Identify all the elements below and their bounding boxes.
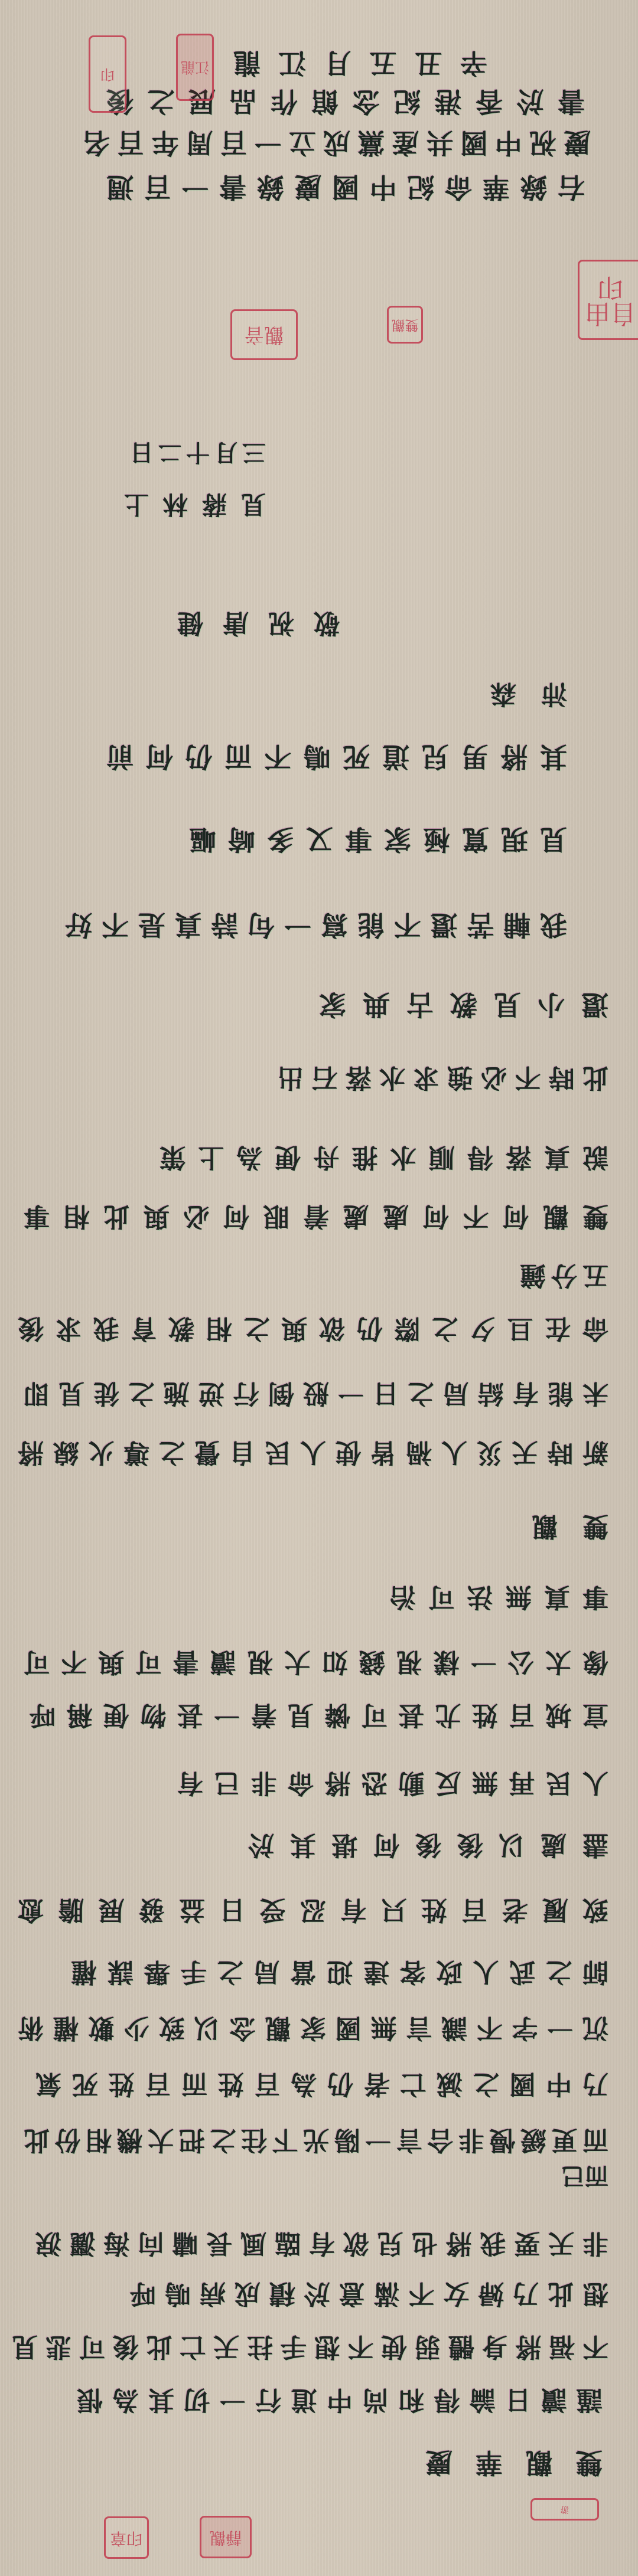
calligraphy-character: 之 <box>159 1436 185 1474</box>
calligraphy-character: 緩 <box>520 2124 546 2162</box>
calligraphy-character: 後 <box>457 1829 483 1866</box>
calligraphy-character: 見 <box>12 2330 38 2368</box>
calligraphy-character: 無 <box>506 1581 532 1619</box>
calligraphy-character: 二 <box>158 438 182 472</box>
calligraphy-character: 相 <box>86 2124 112 2162</box>
calligraphy-character: 道 <box>382 739 409 778</box>
calligraphy-character: 真 <box>544 1141 570 1179</box>
calligraphy-character: 國 <box>461 125 488 164</box>
calligraphy-character: 家 <box>319 987 346 1026</box>
calligraphy-character: 悲 <box>45 2330 71 2368</box>
calligraphy-character: 份 <box>55 2124 81 2162</box>
calligraphy-character: 蔣 <box>202 489 227 524</box>
calligraphy-character: 數 <box>89 2012 115 2049</box>
calligraphy-character: 忍 <box>300 1894 326 1931</box>
calligraphy-character: 立 <box>289 125 316 164</box>
calligraphy-row: 想此乃婦女不滿意於積成病嗚呼 <box>130 2278 608 2314</box>
calligraphy-character: 皆 <box>371 1436 397 1474</box>
calligraphy-character: 之 <box>244 1312 270 1350</box>
calligraphy-character: 乃 <box>513 2277 539 2315</box>
calligraphy-character: 其 <box>290 1829 316 1866</box>
calligraphy-character: 此 <box>103 1200 129 1238</box>
calligraphy-row: 而已 <box>567 2160 608 2196</box>
calligraphy-character: 將 <box>500 739 528 778</box>
calligraphy-character: 與 <box>281 1312 307 1350</box>
calligraphy-character: 無 <box>472 1767 498 1804</box>
calligraphy-character: 尤 <box>435 1699 461 1737</box>
calligraphy-character: 視 <box>247 1646 273 1683</box>
calligraphy-character: 物 <box>140 1699 166 1737</box>
calligraphy-character: 不 <box>394 907 421 946</box>
calligraphy-character: 處 <box>383 1200 409 1238</box>
calligraphy-row: 見蔣林上 <box>124 490 266 522</box>
calligraphy-character: 前 <box>106 739 134 778</box>
calligraphy-character: 女 <box>443 2277 469 2315</box>
calligraphy-character: 中 <box>370 169 397 208</box>
calligraphy-character: 雙 <box>582 1200 608 1238</box>
calligraphy-character: 手 <box>281 2330 307 2368</box>
calligraphy-character: 處 <box>343 1200 369 1238</box>
calligraphy-character: 達 <box>363 1956 389 1993</box>
calligraphy-character: 香 <box>476 84 503 123</box>
calligraphy-character: 一 <box>255 125 282 164</box>
calligraphy-character: 將 <box>446 2227 472 2265</box>
calligraphy-character: 我 <box>480 2227 506 2265</box>
calligraphy-character: 悵 <box>77 2384 103 2421</box>
calligraphy-row: 人民再無反動恐將命非已有 <box>177 1768 608 1803</box>
calligraphy-character: 日 <box>373 1377 399 1415</box>
calligraphy-row: 敬祝唐健 <box>177 608 340 643</box>
calligraphy-character: 有 <box>340 1894 366 1931</box>
calligraphy-character: 而 <box>585 2162 608 2195</box>
calligraphy-character: 十 <box>186 438 210 472</box>
calligraphy-character: 合 <box>427 2124 453 2162</box>
calligraphy-character: 天 <box>548 2227 574 2265</box>
calligraphy-character: 謀 <box>108 1956 134 1993</box>
seal-text: 江龍 <box>178 58 211 77</box>
calligraphy-character: 亡 <box>400 2068 426 2106</box>
calligraphy-character: 讀 <box>541 2384 567 2421</box>
calligraphy-character: 客 <box>400 1956 426 1993</box>
calligraphy-character: 之 <box>473 2068 499 2106</box>
calligraphy-character: 已 <box>561 2162 585 2195</box>
calligraphy-character: 成 <box>323 125 350 164</box>
calligraphy-character: 書 <box>558 84 585 123</box>
calligraphy-character: 視 <box>396 1646 422 1683</box>
calligraphy-character: 道 <box>291 2384 317 2421</box>
calligraphy-character: 已 <box>214 1767 240 1804</box>
calligraphy-character: 還 <box>581 987 608 1026</box>
calligraphy-character: 呼 <box>130 2277 156 2315</box>
calligraphy-character: 再 <box>509 1767 535 1804</box>
calligraphy-character: 人 <box>473 1956 499 1993</box>
seal-text: 印章 <box>108 2527 145 2548</box>
calligraphy-character: 欲 <box>343 2227 369 2265</box>
calligraphy-character: 慢 <box>489 2124 515 2162</box>
calligraphy-character: 可 <box>24 1646 50 1683</box>
calligraphy-character: 觀 <box>532 1510 558 1548</box>
calligraphy-character: 典 <box>363 987 390 1026</box>
calligraphy-character: 百 <box>220 125 248 164</box>
calligraphy-row: 雙觀 <box>532 1511 608 1547</box>
calligraphy-character: 逆 <box>198 1377 224 1415</box>
calligraphy-character: 嶇 <box>189 822 216 861</box>
calligraphy-character: 能 <box>548 1377 574 1415</box>
calligraphy-character: 盡 <box>582 1829 608 1866</box>
calligraphy-character: 觀 <box>542 1200 568 1238</box>
calligraphy-character: 舉 <box>144 1956 170 1993</box>
calligraphy-character: 雙 <box>575 2445 603 2484</box>
calligraphy-character: 亡 <box>180 2330 206 2368</box>
calligraphy-character: 週 <box>106 169 134 208</box>
calligraphy-character: 福 <box>549 2330 575 2368</box>
calligraphy-character: 石 <box>311 1061 337 1099</box>
calligraphy-character: 紀 <box>407 169 434 208</box>
calligraphy-character: 苦 <box>467 907 494 946</box>
calligraphy-character: 與 <box>98 1646 124 1683</box>
calligraphy-character: 還 <box>430 907 457 946</box>
calligraphy-character: 慶 <box>425 2445 453 2484</box>
calligraphy-character: 體 <box>448 2330 474 2368</box>
calligraphy-character: 一 <box>365 2124 391 2162</box>
calligraphy-character: 館 <box>311 84 338 123</box>
calligraphy-character: 一 <box>284 907 311 946</box>
calligraphy-character: 一 <box>220 2384 246 2421</box>
calligraphy-character: 結 <box>478 1377 504 1415</box>
calligraphy-character: 尚 <box>362 2384 388 2421</box>
calligraphy-character: 局 <box>443 1377 469 1415</box>
calligraphy-character: 中 <box>546 2068 572 2106</box>
calligraphy-character: 可 <box>362 1699 388 1737</box>
calligraphy-character: 有 <box>177 1767 203 1804</box>
calligraphy-character: 非 <box>251 1767 277 1804</box>
calligraphy-character: 有 <box>309 2227 335 2265</box>
calligraphy-character: 局 <box>253 1956 279 1993</box>
calligraphy-character: 滿 <box>373 2277 399 2315</box>
calligraphy-character: 教 <box>450 987 477 1026</box>
calligraphy-character: 不 <box>61 1646 87 1683</box>
calligraphy-character: 堪 <box>332 1829 358 1866</box>
calligraphy-character: 於 <box>248 1829 274 1866</box>
calligraphy-character: 以 <box>499 1829 525 1866</box>
calligraphy-character: 錢 <box>359 1646 385 1683</box>
calligraphy-character: 年 <box>151 125 178 164</box>
calligraphy-character: 水 <box>390 1141 416 1179</box>
calligraphy-character: 而 <box>181 2068 207 2106</box>
calligraphy-character: 長 <box>206 2227 232 2265</box>
calligraphy-row: 三月十二日 <box>130 440 266 469</box>
calligraphy-character: 如 <box>322 1646 348 1683</box>
calligraphy-character: 一 <box>547 2012 573 2049</box>
calligraphy-character: 之 <box>217 1956 243 1993</box>
calligraphy-character: 弱 <box>415 2330 441 2368</box>
calligraphy-character: 為 <box>291 2068 317 2106</box>
calligraphy-character: 灑 <box>70 2227 96 2265</box>
calligraphy-character: 旦 <box>507 1312 533 1350</box>
calligraphy-character: 好 <box>65 907 92 946</box>
calligraphy-character: 仍 <box>185 739 213 778</box>
calligraphy-character: 之 <box>432 1312 458 1350</box>
calligraphy-character: 將 <box>515 2330 541 2368</box>
calligraphy-character: 國 <box>336 2012 362 2049</box>
calligraphy-character: 更 <box>551 2124 577 2162</box>
calligraphy-character: 見 <box>241 489 266 524</box>
calligraphy-character: 落 <box>506 1141 532 1179</box>
calligraphy-character: 沛 <box>541 678 567 715</box>
calligraphy-character: 像 <box>582 1646 608 1683</box>
calligraphy-character: 權 <box>53 2012 79 2049</box>
calligraphy-character: 百 <box>144 169 171 208</box>
calligraphy-character: 事 <box>345 822 372 861</box>
calligraphy-character: 錄 <box>520 169 547 208</box>
calligraphy-character: 不 <box>463 1200 489 1238</box>
calligraphy-character: 仍 <box>327 2068 353 2106</box>
calligraphy-character: 憐 <box>324 1699 350 1737</box>
calligraphy-character: 命 <box>582 1312 608 1350</box>
calligraphy-character: 際 <box>394 1312 420 1350</box>
calligraphy-character: 膽 <box>58 1894 84 1931</box>
calligraphy-character: 能 <box>357 907 385 946</box>
calligraphy-row: 雙觀何不何處處着眼何必與此相事 <box>24 1201 608 1237</box>
calligraphy-character: 品 <box>229 84 256 123</box>
calligraphy-character: 不 <box>582 2330 608 2368</box>
calligraphy-character: 稱 <box>67 1699 93 1737</box>
calligraphy-character: 把 <box>179 2124 205 2162</box>
seal-text: 印 <box>98 64 117 83</box>
calligraphy-character: 月 <box>324 45 351 84</box>
calligraphy-character: 者 <box>364 2068 390 2106</box>
calligraphy-character: 祝 <box>529 125 556 164</box>
calligraphy-character: 之 <box>147 84 174 123</box>
calligraphy-character: 可 <box>135 1646 161 1683</box>
calligraphy-character: 樣 <box>434 1646 460 1683</box>
calligraphy-character: 使 <box>336 1436 362 1474</box>
calligraphy-character: 出 <box>278 1061 304 1099</box>
calligraphy-character: 法 <box>467 1581 493 1619</box>
calligraphy-character: 現 <box>501 822 528 861</box>
calligraphy-character: 民 <box>265 1436 291 1474</box>
calligraphy-character: 右 <box>558 169 585 208</box>
calligraphy-character: 有 <box>513 1377 539 1415</box>
calligraphy-character: 即 <box>24 1377 50 1415</box>
calligraphy-character: 行 <box>233 1377 259 1415</box>
calligraphy-character: 共 <box>426 125 453 164</box>
calligraphy-character: 男 <box>461 739 489 778</box>
calligraphy-character: 受 <box>260 1894 286 1931</box>
calligraphy-character: 新 <box>582 1436 608 1474</box>
calligraphy-character: 致 <box>582 1894 608 1931</box>
calligraphy-character: 不 <box>477 2012 503 2049</box>
calligraphy-character: 宣 <box>582 1699 608 1737</box>
calligraphy-character: 相 <box>206 1312 232 1350</box>
calligraphy-row: 雙觀華慶 <box>425 2447 603 2482</box>
calligraphy-row: 而更緩慢非合言一陽光下往之把大機相份此 <box>24 2125 608 2160</box>
calligraphy-character: 觀 <box>265 2012 291 2049</box>
calligraphy-character: 兒 <box>377 2227 403 2265</box>
calligraphy-character: 便 <box>275 1141 301 1179</box>
calligraphy-character: 倒 <box>268 1377 294 1415</box>
calligraphy-row: 沉一字不識言無國家觀念以致少數權術 <box>18 2013 608 2048</box>
calligraphy-character: 可 <box>428 1581 454 1619</box>
calligraphy-character: 江 <box>279 45 306 84</box>
calligraphy-character: 太 <box>545 1646 571 1683</box>
calligraphy-character: 產 <box>392 125 419 164</box>
calligraphy-character: 不 <box>515 1061 541 1099</box>
calligraphy-character: 何 <box>423 1200 449 1238</box>
calligraphy-character: 又 <box>306 822 333 861</box>
calligraphy-character: 不 <box>102 907 129 946</box>
calligraphy-character: 在 <box>545 1312 571 1350</box>
calligraphy-character: 海 <box>104 2227 130 2265</box>
calligraphy-character: 氣 <box>35 2068 61 2106</box>
calligraphy-character: 不 <box>408 2277 434 2315</box>
calligraphy-character: 一 <box>214 1699 240 1737</box>
calligraphy-character: 輔 <box>503 907 530 946</box>
calligraphy-character: 真 <box>544 1581 570 1619</box>
calligraphy-character: 恐 <box>362 1767 388 1804</box>
calligraphy-character: 句 <box>248 907 275 946</box>
calligraphy-character: 非 <box>582 2227 608 2265</box>
seal-text: 觀音 <box>242 322 287 346</box>
calligraphy-row: 其將男兒道死鳴不而仍何前 <box>106 741 567 776</box>
calligraphy-character: 眼 <box>263 1200 289 1238</box>
calligraphy-row: 不福將身體弱使不想手拄天亡此後可悲見 <box>12 2332 608 2367</box>
calligraphy-character: 家 <box>384 822 411 861</box>
calligraphy-character: 乃 <box>582 2068 608 2106</box>
calligraphy-character: 武 <box>509 1956 535 1993</box>
calligraphy-character: 日 <box>219 1894 245 1931</box>
calligraphy-row: 還小見教古典家 <box>319 989 608 1024</box>
calligraphy-row: 見現寬極家事又多崎嶇 <box>189 823 567 859</box>
calligraphy-character: 導 <box>123 1436 149 1474</box>
calligraphy-character: 事 <box>582 1581 608 1619</box>
calligraphy-character: 民 <box>546 1767 572 1804</box>
calligraphy-character: 向 <box>138 2227 164 2265</box>
red-seal-stamp: 游 <box>530 2498 599 2521</box>
calligraphy-character: 時 <box>549 1061 575 1099</box>
calligraphy-character: 事 <box>24 1200 50 1238</box>
calligraphy-character: 滅 <box>437 2068 463 2106</box>
calligraphy-character: 森 <box>490 678 516 715</box>
calligraphy-character: 健 <box>177 607 203 645</box>
seal-text: 靜觀 <box>207 2526 245 2548</box>
calligraphy-character: 林 <box>163 489 188 524</box>
calligraphy-character: 發 <box>139 1894 165 1931</box>
calligraphy-character: 切 <box>184 2384 210 2421</box>
calligraphy-character: 便 <box>103 1699 129 1737</box>
calligraphy-character: 國 <box>510 2068 536 2106</box>
calligraphy-row: 乃中國之滅亡者仍為百姓而百姓死氣 <box>35 2069 608 2104</box>
calligraphy-character: 家 <box>300 2012 326 2049</box>
calligraphy-row: 非天要我將也兒欲有臨風長嘯向海灑淚 <box>35 2228 608 2264</box>
calligraphy-character: 寬 <box>462 822 489 861</box>
calligraphy-character: 死 <box>72 2068 98 2106</box>
calligraphy-character: 觀 <box>525 2445 552 2484</box>
calligraphy-character: 寫 <box>321 907 348 946</box>
calligraphy-character: 處 <box>541 1829 567 1866</box>
calligraphy-character: 於 <box>304 2277 330 2315</box>
calligraphy-character: 百 <box>117 125 144 164</box>
calligraphy-character: 為 <box>113 2384 139 2421</box>
calligraphy-row: 命在旦夕之際仍欲與之相教育我求後 <box>18 1313 608 1349</box>
calligraphy-character: 之 <box>210 2124 236 2162</box>
calligraphy-character: 見 <box>288 1699 314 1737</box>
calligraphy-character: 師 <box>582 1956 608 1993</box>
calligraphy-character: 與 <box>144 1200 170 1238</box>
calligraphy-character: 時 <box>547 1436 573 1474</box>
calligraphy-character: 想 <box>582 2277 608 2315</box>
calligraphy-character: 姓 <box>218 2068 244 2106</box>
calligraphy-character: 小 <box>538 987 565 1026</box>
red-seal-stamp: 印章 <box>104 2516 149 2559</box>
red-seal-stamp: 印 <box>89 35 126 113</box>
calligraphy-character: 非 <box>458 2124 484 2162</box>
calligraphy-character: 水 <box>379 1061 405 1099</box>
calligraphy-character: 行 <box>255 2384 281 2421</box>
calligraphy-character: 此 <box>548 2277 574 2315</box>
calligraphy-character: 甚 <box>398 1699 424 1737</box>
calligraphy-character: 和 <box>398 2384 424 2421</box>
calligraphy-character: 老 <box>502 1894 528 1931</box>
calligraphy-character: 將 <box>324 1767 350 1804</box>
red-seal-stamp: 自由印 <box>578 260 638 340</box>
calligraphy-character: 名 <box>83 125 110 164</box>
calligraphy-character: 甚 <box>177 1699 203 1737</box>
calligraphy-row: 盡處以後後何堪其於 <box>248 1830 608 1865</box>
calligraphy-character: 想 <box>314 2330 340 2368</box>
calligraphy-character: 當 <box>290 1956 316 1993</box>
red-seal-stamp: 雙觀 <box>387 306 423 344</box>
calligraphy-character: 光 <box>303 2124 329 2162</box>
calligraphy-character: 權 <box>71 1956 97 1993</box>
calligraphy-character: 自 <box>230 1436 256 1474</box>
calligraphy-character: 夕 <box>470 1312 496 1350</box>
calligraphy-character: 不 <box>264 739 291 778</box>
seal-text: 游 <box>558 2503 571 2516</box>
calligraphy-character: 往 <box>241 2124 267 2162</box>
calligraphy-row: 五分鐘 <box>520 1260 608 1296</box>
calligraphy-character: 覺 <box>194 1436 220 1474</box>
seal-text: 自由印 <box>580 272 638 328</box>
calligraphy-character: 論 <box>470 2384 496 2421</box>
calligraphy-character: 龍 <box>233 45 261 84</box>
calligraphy-character: 天 <box>512 1436 538 1474</box>
calligraphy-character: 識 <box>441 2012 467 2049</box>
calligraphy-character: 謹 <box>577 2384 603 2421</box>
calligraphy-character: 我 <box>540 907 567 946</box>
calligraphy-character: 公 <box>508 1646 534 1683</box>
red-seal-stamp: 江龍 <box>176 34 214 101</box>
calligraphy-character: 其 <box>148 2384 174 2421</box>
calligraphy-character: 展 <box>99 1894 125 1931</box>
calligraphy-character: 三 <box>242 438 266 472</box>
calligraphy-character: 動 <box>398 1767 424 1804</box>
calligraphy-character: 何 <box>146 739 173 778</box>
calligraphy-character: 不 <box>347 2330 373 2368</box>
calligraphy-character: 火 <box>89 1436 115 1474</box>
calligraphy-character: 益 <box>179 1894 205 1931</box>
calligraphy-character: 百 <box>145 2068 171 2106</box>
red-seal-stamp: 觀音 <box>230 309 298 360</box>
calligraphy-row: 致履老百姓只有忍受日益發展膽愈 <box>18 1895 608 1930</box>
calligraphy-character: 身 <box>482 2330 508 2368</box>
calligraphy-character: 婦 <box>478 2277 504 2315</box>
calligraphy-row: 未能有結局之日一般倒行逆施之徒見即 <box>24 1378 608 1414</box>
calligraphy-character: 使 <box>381 2330 407 2368</box>
calligraphy-character: 念 <box>353 84 380 123</box>
calligraphy-row: 宣城百姓尤甚可憐見着一甚物便稱呼 <box>30 1700 608 1735</box>
calligraphy-character: 政 <box>437 1956 463 1993</box>
